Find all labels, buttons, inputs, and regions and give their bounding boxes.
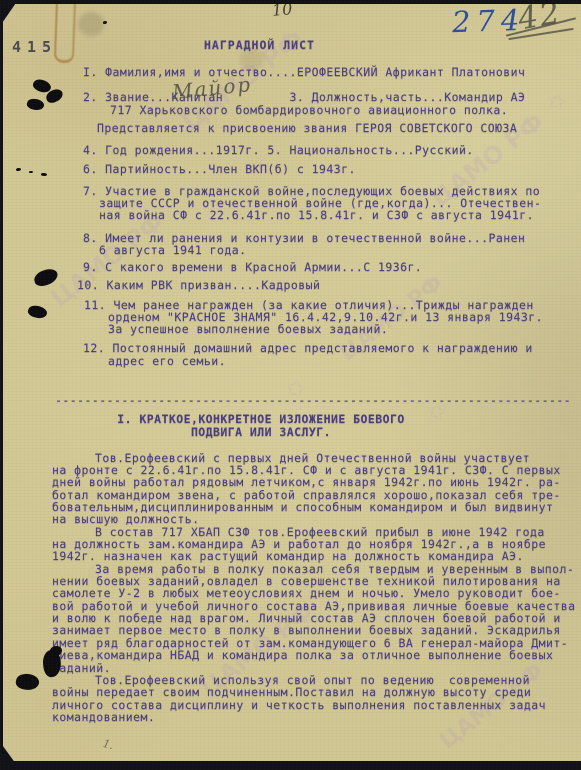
form-typed-line: I. Фамилия,имя и отчество....ЕРОФЕЕВСКИЙ… xyxy=(83,66,525,78)
narrative-typed-line: Тов.Ерофеевский с первых дней Отечествен… xyxy=(95,452,530,464)
narrative-typed-line: личного состава дисциплину и четкость вы… xyxy=(52,699,546,711)
narrative-typed-line: бовательным,дисциплинированным и способн… xyxy=(52,501,553,513)
narrative-typed-line: риева,командира НБАД и командира полка з… xyxy=(52,649,553,661)
narrative-typed-line: нении боевых заданий,овладел в совершенс… xyxy=(52,575,561,587)
form-typed-line: 6. Партийность...Член ВКП(б) с 1943г. xyxy=(83,163,356,175)
narrative-typed-line: дней войны работал рядовым летчиком,с ян… xyxy=(52,476,561,488)
dashed-separator: ----------------------------------------… xyxy=(55,394,571,406)
form-typed-line: 6 августа 1941 года. xyxy=(99,244,246,256)
narrative-typed-line: и волю к победе над врагом. Личный соста… xyxy=(52,612,561,624)
narrative-typed-line: на фронте с 22.6.41г.по 15.8.41г. СФ и с… xyxy=(52,464,561,476)
scan-edge-bottom xyxy=(0,761,581,770)
narrative-typed-line: В состав 717 ХБАП СЗФ тов.Ерофеевский пр… xyxy=(95,526,545,538)
scan-edge-top xyxy=(0,0,581,4)
page-stamp-415: 415 xyxy=(12,41,57,53)
form-typed-line: 4. Год рождения...1917г. 5. Национальнос… xyxy=(83,144,474,156)
narrative-typed-line: командованием. xyxy=(52,711,155,723)
narrative-heading: I. КРАТКОЕ,КОНКРЕТНОЕ ИЗЛОЖЕНИЕ БОЕВОГОП… xyxy=(85,413,437,438)
narrative-typed-line: За время работы в полку показал себя тве… xyxy=(95,563,574,575)
narrative-typed-line: Тов.Ерофеевский используя свой опыт по в… xyxy=(95,674,530,686)
narrative-typed-line: на высшую должность. xyxy=(52,513,199,525)
form-typed-line: адрес его семьи. xyxy=(108,355,226,367)
narrative-typed-line: имеет ряд благодарностей от зам.командую… xyxy=(52,637,568,649)
smudge-stain xyxy=(78,12,104,36)
form-typed-line: За успешное выполнение боевых заданий. xyxy=(108,323,388,335)
narrative-typed-line: ботал командиром звена, с работой справл… xyxy=(52,489,561,501)
narrative-typed-line: самолете У-2 в любых метеоусловиях днем … xyxy=(52,587,561,599)
form-typed-line: 10. Каким РВК призван....Кадровый xyxy=(77,279,320,291)
form-typed-line: ная война СФ с 22.6.41г.по 15.8.41г. и С… xyxy=(99,209,534,221)
form-typed-line: 9. С какого времени в Красной Армии...С … xyxy=(83,261,422,273)
narrative-typed-line: вой работой и учебой личного состава АЭ,… xyxy=(52,600,576,612)
form-typed-line: 717 Харьковского бомбардировочного авиац… xyxy=(110,104,508,116)
scanned-award-sheet-page: ЦАМО РФЦАМО РФЦАМО РФЦАМО РФЦАМО РФЦАМО … xyxy=(0,0,581,770)
scan-edge-left xyxy=(0,0,3,770)
narrative-typed-line: занимает первое место в полку в выполнен… xyxy=(52,624,561,636)
narrative-typed-line: войны передает своим подчиненным.Постави… xyxy=(52,686,531,698)
form-typed-line: 2. Звание...Капитан 3. Должность,часть..… xyxy=(83,91,525,103)
rust-stain xyxy=(54,0,76,63)
form-typed-line: 12. Постоянный домашний адрес представля… xyxy=(83,342,533,354)
form-typed-line: Представляется к присвоению звания ГЕРОЯ… xyxy=(97,122,517,134)
document-title: НАГРАДНОЙ ЛИСТ xyxy=(204,39,315,51)
narrative-typed-line: на должность зам.командира АЭ и работал … xyxy=(52,538,546,550)
narrative-typed-line: 1942г. назначен как растущий командир на… xyxy=(52,550,524,562)
